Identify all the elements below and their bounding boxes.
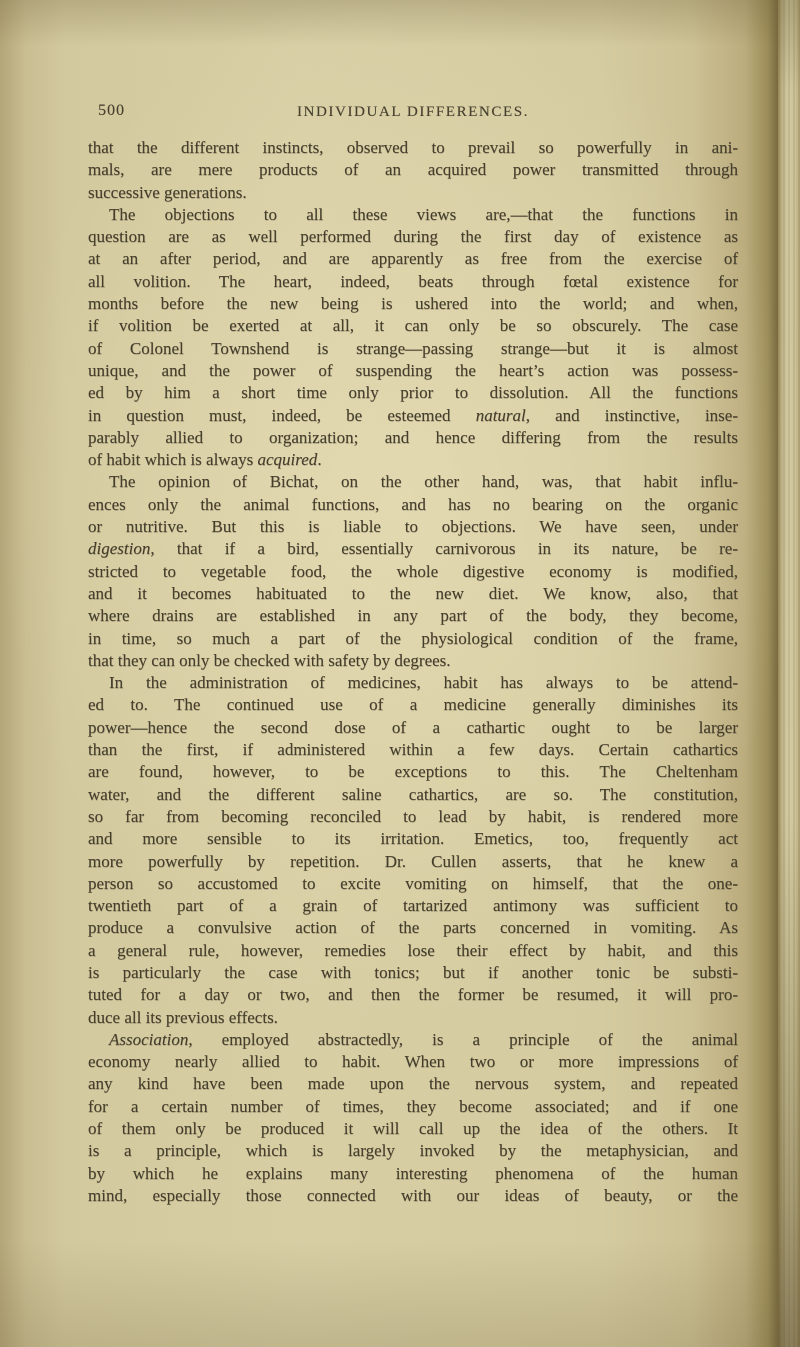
text-line: of them only be produced it will call up… bbox=[88, 1118, 738, 1140]
text-line: that the different instincts, observed t… bbox=[88, 137, 738, 159]
text-line: so far from becoming reconciled to lead … bbox=[88, 806, 738, 828]
running-header: INDIVIDUAL DIFFERENCES. bbox=[88, 104, 738, 121]
text-line: in question must, indeed, be esteemed na… bbox=[88, 405, 738, 427]
text-line: of Colonel Townshend is strange—passing … bbox=[88, 338, 738, 360]
text-line: water, and the different saline catharti… bbox=[88, 784, 738, 806]
text-line: successive generations. bbox=[88, 182, 738, 204]
text-line: for a certain number of times, they beco… bbox=[88, 1096, 738, 1118]
text-line: and it becomes habituated to the new die… bbox=[88, 583, 738, 605]
text-line: at an after period, and are apparently a… bbox=[88, 248, 738, 270]
text-line: The objections to all these views are,—t… bbox=[88, 204, 738, 226]
text-line: tuted for a day or two, and then the for… bbox=[88, 984, 738, 1006]
book-fore-edge bbox=[778, 0, 800, 1347]
text-line: mals, are mere products of an acquired p… bbox=[88, 159, 738, 181]
text-line: economy nearly allied to habit. When two… bbox=[88, 1051, 738, 1073]
text-line: parably allied to organization; and henc… bbox=[88, 427, 738, 449]
text-line: any kind have been made upon the nervous… bbox=[88, 1073, 738, 1095]
body-text: that the different instincts, observed t… bbox=[88, 137, 738, 1207]
text-line: twentieth part of a grain of tartarized … bbox=[88, 895, 738, 917]
paragraph: The opinion of Bichat, on the other hand… bbox=[88, 471, 738, 672]
text-line: are found, however, to be exceptions to … bbox=[88, 761, 738, 783]
text-line: duce all its previous effects. bbox=[88, 1007, 738, 1029]
text-line: than the first, if administered within a… bbox=[88, 739, 738, 761]
text-line: ences only the animal functions, and has… bbox=[88, 494, 738, 516]
text-line: a general rule, however, remedies lose t… bbox=[88, 940, 738, 962]
text-line: is particularly the case with tonics; bu… bbox=[88, 962, 738, 984]
book-page-photo: { "page": { "folio": "500", "running_hea… bbox=[0, 0, 800, 1347]
text-line: mind, especially those connected with ou… bbox=[88, 1185, 738, 1207]
paragraph: that the different instincts, observed t… bbox=[88, 137, 738, 204]
text-line: power—hence the second dose of a cathart… bbox=[88, 717, 738, 739]
paragraph: Association, employed abstractedly, is a… bbox=[88, 1029, 738, 1207]
text-line: more powerfully by repetition. Dr. Culle… bbox=[88, 851, 738, 873]
text-line: In the administration of medicines, habi… bbox=[88, 672, 738, 694]
text-line: ed to. The continued use of a medicine g… bbox=[88, 694, 738, 716]
text-line: digestion, that if a bird, essentially c… bbox=[88, 538, 738, 560]
text-line: unique, and the power of suspending the … bbox=[88, 360, 738, 382]
text-line: produce a convulsive action of the parts… bbox=[88, 917, 738, 939]
text-line: The opinion of Bichat, on the other hand… bbox=[88, 471, 738, 493]
text-line: Association, employed abstractedly, is a… bbox=[88, 1029, 738, 1051]
text-line: and more sensible to its irritation. Eme… bbox=[88, 828, 738, 850]
text-line: if volition be exerted at all, it can on… bbox=[88, 315, 738, 337]
text-line: by which he explains many interesting ph… bbox=[88, 1163, 738, 1185]
text-line: or nutritive. But this is liable to obje… bbox=[88, 516, 738, 538]
text-line: where drains are established in any part… bbox=[88, 605, 738, 627]
text-line: months before the new being is ushered i… bbox=[88, 293, 738, 315]
paragraph: In the administration of medicines, habi… bbox=[88, 672, 738, 1029]
text-line: is a principle, which is largely invoked… bbox=[88, 1140, 738, 1162]
text-line: question are as well performed during th… bbox=[88, 226, 738, 248]
text-line: all volition. The heart, indeed, beats t… bbox=[88, 271, 738, 293]
text-line: in time, so much a part of the physiolog… bbox=[88, 628, 738, 650]
paragraph: The objections to all these views are,—t… bbox=[88, 204, 738, 472]
text-line: that they can only be checked with safet… bbox=[88, 650, 738, 672]
text-line: ed by him a short time only prior to dis… bbox=[88, 382, 738, 404]
text-line: of habit which is always acquired. bbox=[88, 449, 738, 471]
text-line: person so accustomed to excite vomiting … bbox=[88, 873, 738, 895]
text-line: stricted to vegetable food, the whole di… bbox=[88, 561, 738, 583]
